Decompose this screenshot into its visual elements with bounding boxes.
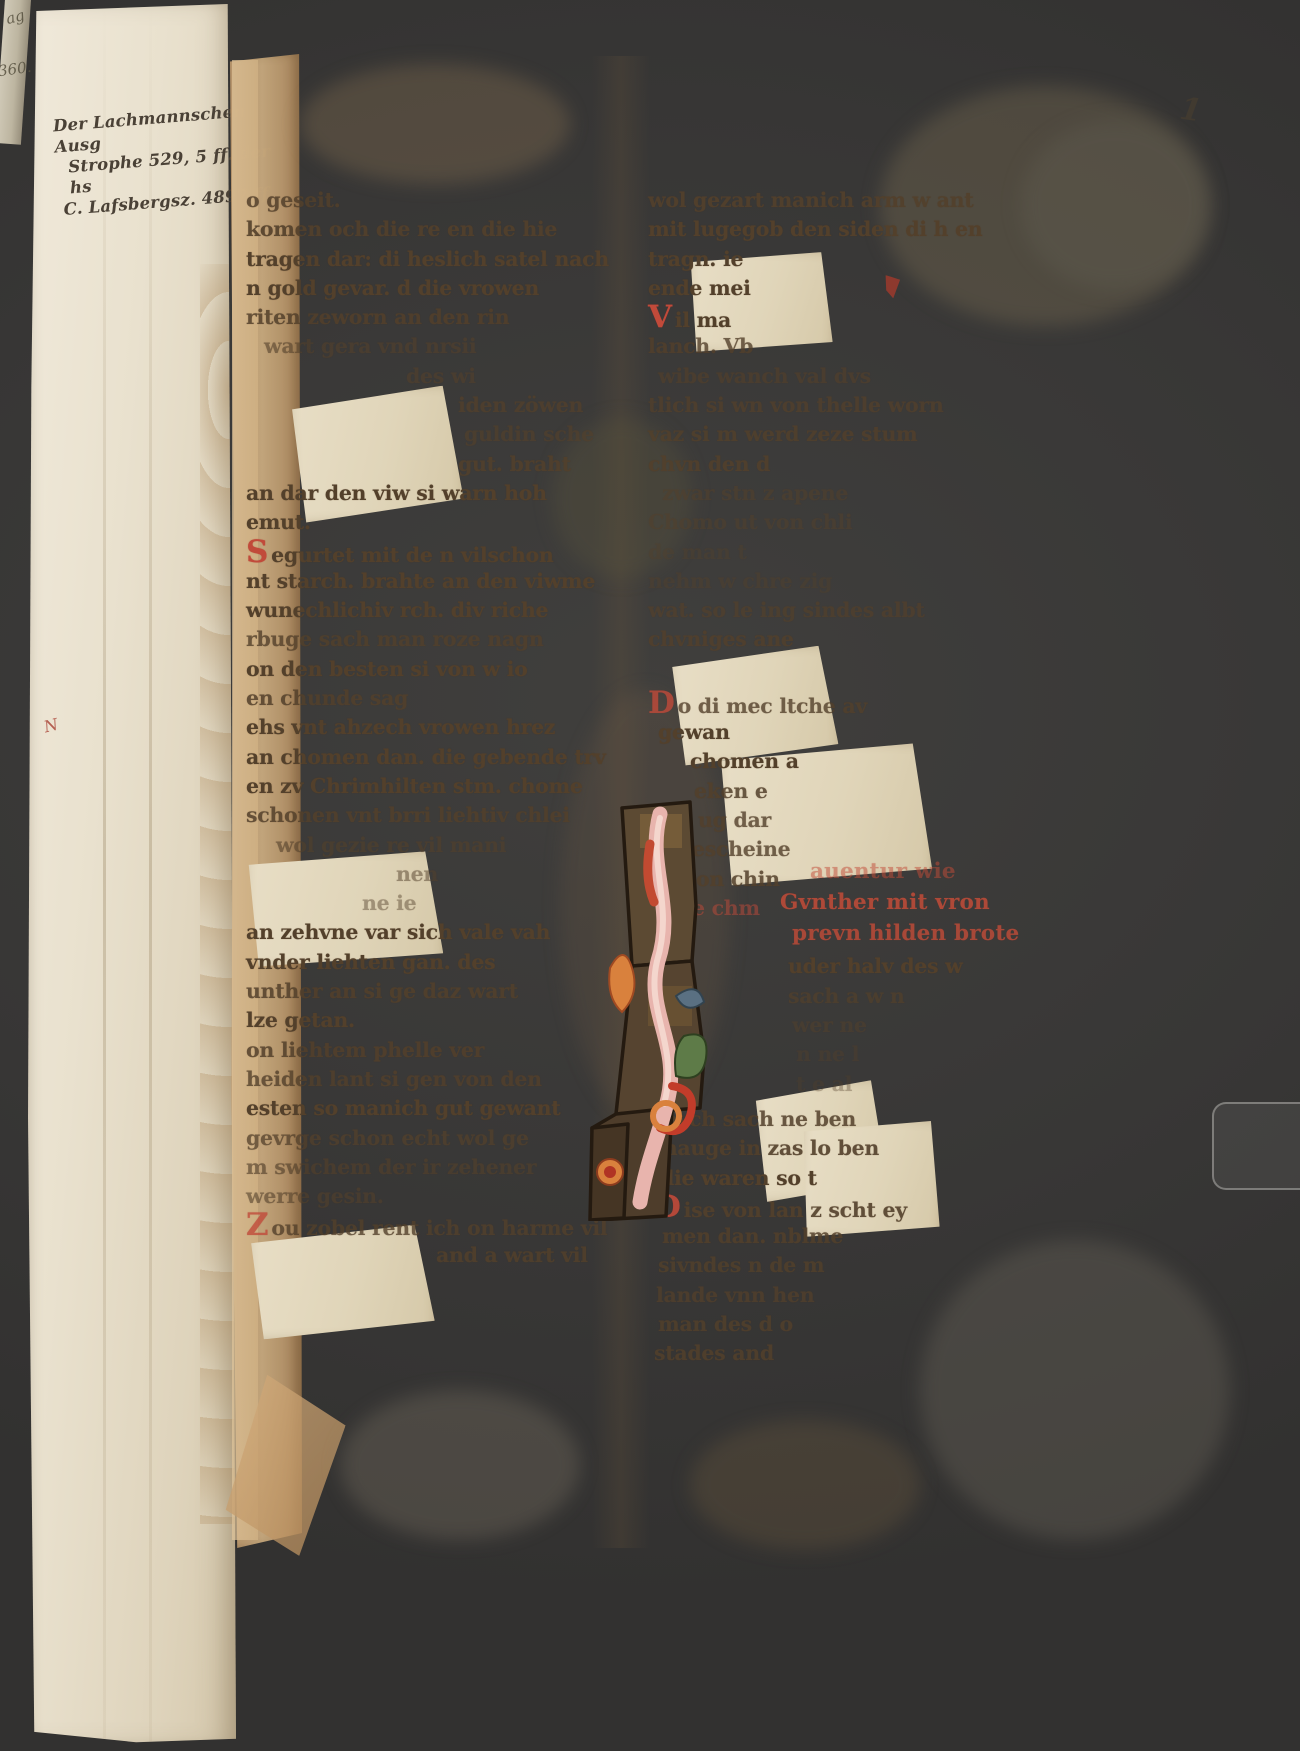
stain (1020, 120, 1210, 290)
lombard-initial: Z (246, 1207, 268, 1243)
manuscript-text-line: wat. so le ing sindes albt (648, 596, 982, 625)
manuscript-text-line: de man t (648, 538, 982, 567)
manuscript-text-line: schonen vnt brri liehtiv chlei (246, 801, 609, 830)
manuscript-text-line: mit lugegob den siden di h en (648, 215, 982, 244)
manuscript-text-line: Chomo ut von chli (648, 508, 982, 537)
manuscript-text-line: on den besten si von w io (246, 655, 609, 684)
manuscript-scan: ag 360. Der Lachmannschen Ausg Strophe 5… (0, 0, 1300, 1751)
manuscript-text-line: chvn den d (648, 450, 982, 479)
manuscript-text-line: wol gezie re vil mani (246, 831, 609, 860)
illuminated-foliate-initial (588, 756, 708, 1221)
manuscript-text-line: nen (246, 860, 609, 889)
lombard-initial: V (648, 299, 672, 335)
manuscript-text-line: riten zeworn an den rin (246, 303, 609, 332)
manuscript-text-line: Zou zobel rent ich on harme vil (246, 1211, 609, 1240)
plastic-tab (1212, 1102, 1300, 1190)
binding-stub (28, 4, 236, 1744)
manuscript-text-line: gut. braht (246, 450, 609, 479)
aventiure-rubric: auentur wieGvnther mit vronprevn hilden … (780, 856, 1019, 949)
manuscript-text-line: Do di mec ltche av (648, 689, 982, 718)
manuscript-text-line: vaz si m werd zeze stum (648, 420, 982, 449)
manuscript-text-line: wart gera vnd nrsii (246, 332, 609, 361)
manuscript-text-line: an zehvne var sich vale vah (246, 918, 609, 947)
manuscript-text-line: tlich si wn von thelle worn (648, 391, 982, 420)
manuscript-text-line: Segurtet mit de n vilschon (246, 538, 609, 567)
stain (300, 64, 570, 184)
manuscript-text-line: heiden lant si gen von den (246, 1065, 609, 1094)
manuscript-text-line: chvniges ane (648, 625, 982, 654)
lombard-initial: D (648, 685, 675, 721)
stub-crease (149, 4, 152, 1744)
manuscript-text-line: man des d o (648, 1310, 982, 1339)
manuscript-text-line: zwar stn z apene (648, 479, 982, 508)
stain (690, 1420, 920, 1550)
manuscript-text-line: en chunde sag (246, 684, 609, 713)
manuscript-text-line: gewan (648, 718, 982, 747)
manuscript-text-line: n gold gevar. d die vrowen (246, 274, 609, 303)
manuscript-text-line: unther an si ge daz wart (246, 977, 609, 1006)
manuscript-text-line: des wi (246, 362, 609, 391)
manuscript-text-line: esten so manich gut gewant (246, 1094, 609, 1123)
manuscript-text-line: en zv Chrimhilten stm. chome (246, 772, 609, 801)
rubric-line: prevn hilden brote (780, 918, 1019, 949)
stub-crease (103, 4, 106, 1744)
manuscript-text-line: ende mei (648, 274, 982, 303)
manuscript-text-line: nt starch. brahte an den viwme (246, 567, 609, 596)
manuscript-text-line: rbuge sach man roze nagn (246, 625, 609, 654)
manuscript-text-line: wibe wanch val dvs (648, 362, 982, 391)
manuscript-text-line: an dar den viw si warn hoh (246, 479, 609, 508)
manuscript-text-line: on liehtem phelle ver (246, 1036, 609, 1065)
manuscript-text-line: stades and (648, 1339, 982, 1368)
manuscript-text-line: m swichem der ir zehener (246, 1153, 609, 1182)
manuscript-text-line: komen och die re en die hie (246, 215, 609, 244)
manuscript-text-line: wunechlichiv rch. div riche (246, 596, 609, 625)
manuscript-text-line: wol gezart manich arm w ant (648, 186, 982, 215)
rubric-line: Gvnther mit vron (780, 887, 1019, 918)
manuscript-text-line: ne ie (246, 889, 609, 918)
manuscript-text-line: tragen dar: di heslich satel nach (246, 245, 609, 274)
manuscript-text-line: men dan. nblme (648, 1222, 982, 1251)
spine-inscription: 360. (0, 58, 32, 80)
text-column-left: o geseit.komen och die re en die hietrag… (246, 186, 609, 1270)
manuscript-text-line: gevrge schon echt wol ge (246, 1124, 609, 1153)
manuscript-text-line: an chomen dan. die gebende trv (246, 743, 609, 772)
manuscript-text-line: vnder liehten gan. des (246, 948, 609, 977)
manuscript-text-line: emut. (246, 508, 609, 537)
manuscript-text-line: o geseit. (246, 186, 609, 215)
manuscript-text-line: lanch. Vb (648, 332, 982, 361)
manuscript-text-line: werre gesin. (246, 1182, 609, 1211)
manuscript-text-line: ehs vnt ahzech vrowen hrez (246, 713, 609, 742)
rubric-line: auentur wie (780, 856, 1019, 887)
manuscript-text-line: and a wart vil (246, 1241, 609, 1270)
manuscript-text-line: Vil ma (648, 303, 982, 332)
glue-residue (200, 264, 236, 1524)
lombard-initial: S (246, 534, 268, 570)
manuscript-text-line: iden zöwen (246, 391, 609, 420)
manuscript-text-line: guldin sche (246, 420, 609, 449)
stain (340, 1390, 580, 1540)
manuscript-text-line: lze getan. (246, 1006, 609, 1035)
manuscript-text-line: nehm w chre zig (648, 567, 982, 596)
manuscript-text-line: tragn. ie (648, 245, 982, 274)
manuscript-text-line: sivndes n de m (648, 1251, 982, 1280)
manuscript-text-line: lande vnn hen (648, 1281, 982, 1310)
